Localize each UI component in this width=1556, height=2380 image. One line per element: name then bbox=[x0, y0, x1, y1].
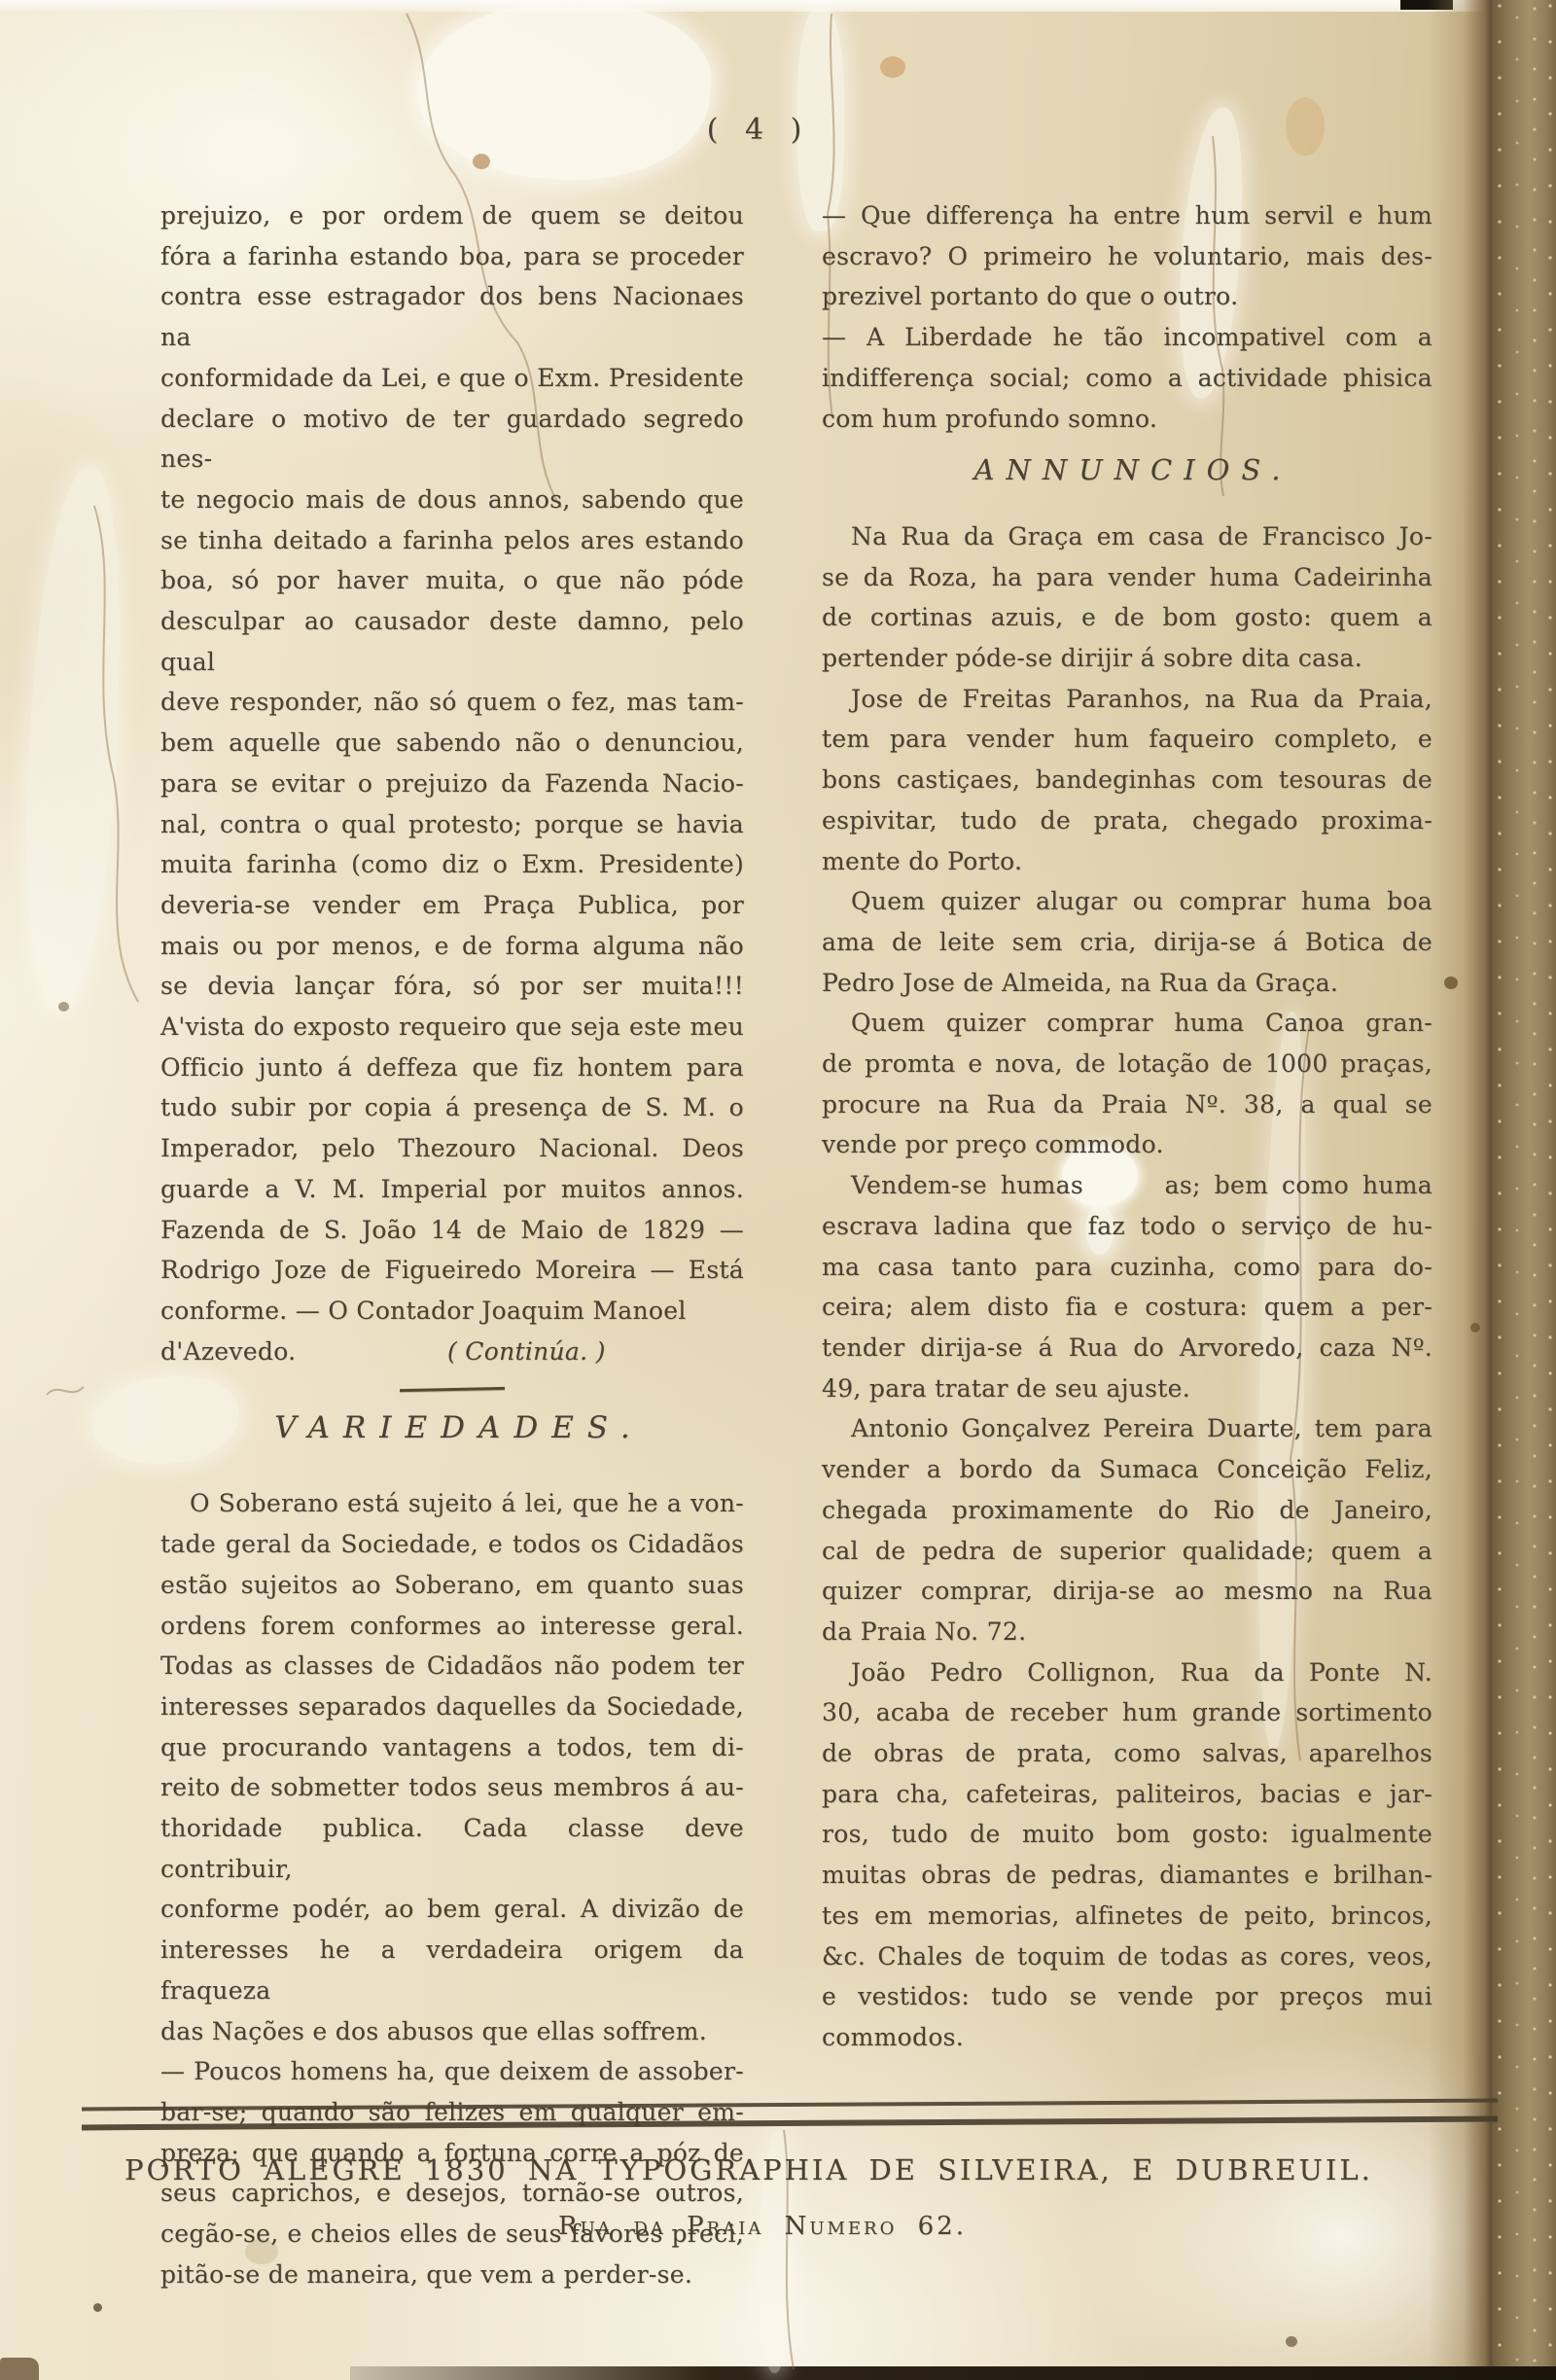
text-line: vende por preço commodo. bbox=[822, 1124, 1432, 1165]
text-line: ordens forem conformes ao interesse gera… bbox=[160, 1606, 744, 1647]
text-line: para cha, cafeteiras, paliteiros, bacias… bbox=[822, 1774, 1432, 1815]
text-line: declare o motivo de ter guardado segredo… bbox=[160, 399, 744, 480]
text-line: se da Roza, ha para vender huma Cadeirin… bbox=[822, 557, 1432, 598]
paper-stain bbox=[1286, 97, 1325, 156]
text-line: procure na Rua da Praia Nº. 38, a qual s… bbox=[822, 1084, 1432, 1125]
text-line: Todas as classes de Cidadãos não podem t… bbox=[160, 1646, 744, 1687]
text-line: Jose de Freitas Paranhos, na Rua da Prai… bbox=[822, 679, 1432, 720]
text-line: pertender póde-se dirijir á sobre dita c… bbox=[822, 638, 1432, 679]
text-line: conforme podér, ao bem geral. A divizão … bbox=[160, 1889, 744, 1930]
text-line: reito de sobmetter todos seus membros á … bbox=[160, 1767, 744, 1808]
scan-edge-bottom bbox=[350, 2366, 1556, 2380]
annuncio-paragraph-6: Antonio Gonçalvez Pereira Duarte, tem pa… bbox=[822, 1408, 1432, 1652]
paper-stain bbox=[473, 154, 490, 169]
text-line: escrava ladina que faz todo o serviço de… bbox=[822, 1206, 1432, 1247]
page-edge-shadow bbox=[1428, 0, 1492, 2380]
text-line: muitas obras de pedras, diamantes e bril… bbox=[822, 1855, 1432, 1896]
text-line: e vestidos: tudo se vende por preços mui bbox=[822, 1976, 1432, 2017]
variedades-paragraph-1: O Soberano está sujeito á lei, que he a … bbox=[160, 1483, 744, 2051]
text-line: Quem quizer comprar huma Canoa gran- bbox=[822, 1003, 1432, 1044]
text-line: guarde a V. M. Imperial por muitos annos… bbox=[160, 1169, 744, 1210]
text-line: escravo? O primeiro he voluntario, mais … bbox=[822, 236, 1432, 277]
text-line: &c. Chales de toquim de todas as cores, … bbox=[822, 1936, 1432, 1977]
text-line: de promta e nova, de lotação de 1000 pra… bbox=[822, 1044, 1432, 1084]
text-line: Na Rua da Graça em casa de Francisco Jo- bbox=[822, 516, 1432, 557]
annuncio-paragraph-2: Jose de Freitas Paranhos, na Rua da Prai… bbox=[822, 679, 1432, 882]
signature-text: d'Azevedo. bbox=[160, 1332, 296, 1372]
text-line: estão sujeitos ao Soberano, em quanto su… bbox=[160, 1565, 744, 1606]
paper-speck bbox=[58, 1002, 69, 1012]
text-line: pitão-se de maneira, que vem a perder-se… bbox=[160, 2255, 744, 2295]
text-line: de cortinas azuis, e de bom gosto: quem … bbox=[822, 597, 1432, 638]
text-line: — Que differença ha entre hum servil e h… bbox=[822, 195, 1432, 236]
left-column: prejuizo, e por ordem de quem se deitouf… bbox=[160, 195, 744, 2294]
text-line: que procurando vantagens a todos, tem di… bbox=[160, 1727, 744, 1768]
text-line: prejuizo, e por ordem de quem se deitou bbox=[160, 195, 744, 236]
paper-speck bbox=[93, 2303, 102, 2312]
text-line: desculpar ao causador deste damno, pelo … bbox=[160, 601, 744, 682]
text-line: bons castiçaes, bandeginhas com tesouras… bbox=[822, 760, 1432, 800]
text-line: 30, acaba de receber hum grande sortimen… bbox=[822, 1692, 1432, 1733]
text-line: 49, para tratar de seu ajuste. bbox=[822, 1368, 1432, 1409]
text-line: ros, tudo de muito bom gosto: igualmente bbox=[822, 1814, 1432, 1855]
imprint-address: Rua da Praia Numero 62. bbox=[91, 2212, 1433, 2241]
text-line: tudo subir por copia á presença de S. M.… bbox=[160, 1087, 744, 1128]
text-line: tes em memorias, alfinetes de peito, bri… bbox=[822, 1896, 1432, 1936]
text-line: de obras de prata, como salvas, aparelho… bbox=[822, 1733, 1432, 1774]
annuncios-heading: ANNUNCIOS. bbox=[822, 439, 1432, 516]
imprint-line: PORTO ALEGRE 1830 NA TYPOGRAPHIA DE SILV… bbox=[78, 2153, 1420, 2186]
note-paragraph-1: — Que differença ha entre hum servil e h… bbox=[822, 195, 1432, 317]
text-line: — Poucos homens ha, que deixem de assobe… bbox=[160, 2051, 744, 2092]
officio-signature-row: d'Azevedo. ( Continúa. ) bbox=[160, 1332, 744, 1372]
text-line: para se evitar o prejuizo da Fazenda Nac… bbox=[160, 764, 744, 804]
scan-edge-top bbox=[0, 0, 1492, 12]
corner-blot bbox=[0, 2358, 39, 2380]
text-line: nal, contra o qual protesto; porque se h… bbox=[160, 804, 744, 845]
annuncio-paragraph-3: Quem quizer alugar ou comprar huma boaam… bbox=[822, 881, 1432, 1003]
scan-edge-strip bbox=[1492, 0, 1556, 2380]
text-line: Quem quizer alugar ou comprar huma boa bbox=[822, 881, 1432, 922]
officio-continuation-paragraph: prejuizo, e por ordem de quem se deitouf… bbox=[160, 195, 744, 1332]
text-line: da Praia No. 72. bbox=[822, 1612, 1432, 1652]
text-line: tem para vender hum faqueiro completo, e bbox=[822, 719, 1432, 760]
annuncio-paragraph-1: Na Rua da Graça em casa de Francisco Jo-… bbox=[822, 516, 1432, 679]
text-line: João Pedro Collignon, Rua da Ponte N. bbox=[822, 1652, 1432, 1693]
text-line: se devia lançar fóra, só por ser muita!!… bbox=[160, 966, 744, 1007]
text-line: A'vista do exposto requeiro que seja est… bbox=[160, 1007, 744, 1048]
text-line: te negocio mais de dous annos, sabendo q… bbox=[160, 480, 744, 520]
text-line: tade geral da Sociedade, e todos os Cida… bbox=[160, 1524, 744, 1565]
text-line: contra esse estragador dos bens Nacionae… bbox=[160, 276, 744, 357]
text-line: thoridade publica. Cada classe deve cont… bbox=[160, 1808, 744, 1889]
text-line: ma casa tanto para cuzinha, como para do… bbox=[822, 1247, 1432, 1288]
text-line: Pedro Jose de Almeida, na Rua da Graça. bbox=[822, 963, 1432, 1004]
text-line: bem aquelle que sabendo não o denunciou, bbox=[160, 723, 744, 764]
variedades-heading: VARIEDADES. bbox=[160, 1391, 744, 1484]
text-line: vender a bordo da Sumaca Conceição Feliz… bbox=[822, 1449, 1432, 1490]
text-line: com hum profundo somno. bbox=[822, 399, 1432, 440]
right-column: — Que differença ha entre hum servil e h… bbox=[822, 195, 1432, 2058]
page-number: ( 4 ) bbox=[671, 113, 846, 147]
text-line: espivitar, tudo de prata, chegado proxim… bbox=[822, 800, 1432, 841]
paper-speck bbox=[1444, 977, 1458, 989]
text-line: O Soberano está sujeito á lei, que he a … bbox=[160, 1483, 744, 1524]
text-line: chegada proximamente do Rio de Janeiro, bbox=[822, 1490, 1432, 1531]
text-line: ceira; alem disto fia e costura: quem a … bbox=[822, 1287, 1432, 1328]
text-line: muita farinha (como diz o Exm. President… bbox=[160, 844, 744, 885]
text-line: — A Liberdade he tão incompativel com a bbox=[822, 317, 1432, 358]
text-line: Rodrigo Joze de Figueiredo Moreira — Est… bbox=[160, 1250, 744, 1291]
text-line: indifferença social; como a actividade p… bbox=[822, 358, 1432, 399]
text-line: se tinha deitado a farinha pelos ares es… bbox=[160, 520, 744, 561]
text-line: boa, só por haver muita, o que não póde bbox=[160, 560, 744, 601]
continua-note: ( Continúa. ) bbox=[447, 1332, 606, 1372]
text-line: mais ou por menos, e de forma alguma não bbox=[160, 926, 744, 967]
text-line: conforme. — O Contador Joaquim Manoel bbox=[160, 1291, 744, 1332]
text-line: das Nações e dos abusos que ellas soffre… bbox=[160, 2011, 744, 2052]
text-line: ama de leite sem cria, dirija-se á Botic… bbox=[822, 922, 1432, 963]
text-line: conformidade da Lei, e que o Exm. Presid… bbox=[160, 358, 744, 399]
text-line: interesses separados daquelles da Socied… bbox=[160, 1687, 744, 1727]
text-line: Antonio Gonçalvez Pereira Duarte, tem pa… bbox=[822, 1408, 1432, 1449]
paper-speck bbox=[1286, 2336, 1297, 2347]
text-line: prezivel portanto do que o outro. bbox=[822, 276, 1432, 317]
imprint-footer: PORTO ALEGRE 1830 NA TYPOGRAPHIA DE SILV… bbox=[78, 2153, 1420, 2241]
text-line: Fazenda de S. João 14 de Maio de 1829 — bbox=[160, 1210, 744, 1251]
text-line: commodos. bbox=[822, 2017, 1432, 2058]
text-line: Imperador, pelo Thezouro Nacional. Deos bbox=[160, 1128, 744, 1169]
text-line: cal de pedra de superior qualidade; quem… bbox=[822, 1531, 1432, 1572]
paper-stain bbox=[880, 56, 905, 78]
note-paragraph-2: — A Liberdade he tão incompativel com ai… bbox=[822, 317, 1432, 439]
text-line: Officio junto á deffeza que fiz hontem p… bbox=[160, 1048, 744, 1088]
text-line: Vendem-se humas as; bem como huma bbox=[822, 1165, 1432, 1206]
text-line: quizer comprar, dirija-se ao mesmo na Ru… bbox=[822, 1571, 1432, 1612]
text-line: interesses he a verdadeira origem da fra… bbox=[160, 1930, 744, 2010]
text-line: mente do Porto. bbox=[822, 841, 1432, 882]
text-line: tender dirija-se á Rua do Arvoredo, caza… bbox=[822, 1328, 1432, 1368]
paper-speck bbox=[1470, 1323, 1480, 1332]
text-line: deveria-se vender em Praça Publica, por bbox=[160, 885, 744, 926]
annuncio-paragraph-4: Quem quizer comprar huma Canoa gran-de p… bbox=[822, 1003, 1432, 1165]
text-line: deve responder, não só quem o fez, mas t… bbox=[160, 682, 744, 723]
text-line: fóra a farinha estando boa, para se proc… bbox=[160, 236, 744, 277]
annuncio-paragraph-7: João Pedro Collignon, Rua da Ponte N.30,… bbox=[822, 1652, 1432, 2058]
annuncio-paragraph-5: Vendem-se humas as; bem como humaescrava… bbox=[822, 1165, 1432, 1408]
